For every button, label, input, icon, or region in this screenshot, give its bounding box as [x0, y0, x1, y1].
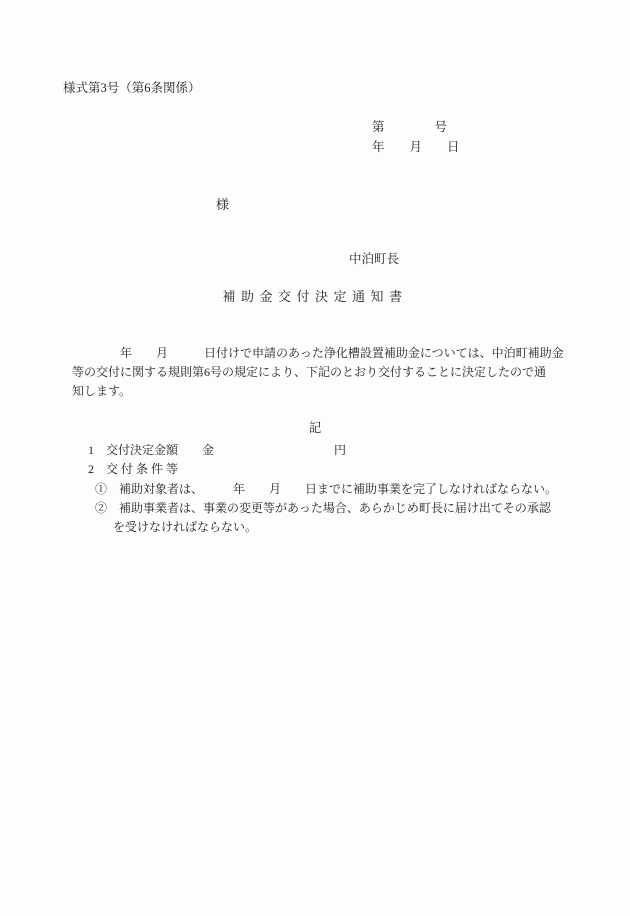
recipient-honorific: 様 — [216, 197, 229, 213]
body-paragraph-line-2: 等の交付に関する規則第6号の規定により、下記のとおり交付することに決定したので通 — [72, 365, 546, 380]
document-title: 補助金交付決定通知書 — [0, 289, 630, 305]
note-heading: 記 — [0, 421, 630, 437]
body-paragraph-line-3: 知します。 — [72, 384, 131, 399]
form-style-label: 様式第3号（第6条関係） — [63, 81, 201, 97]
condition-1: ① 補助対象者は、 年 月 日までに補助事業を完了しなければならない。 — [95, 482, 557, 497]
list-item-grant-conditions: 2 交 付 条 件 等 — [88, 462, 178, 477]
sender-title: 中泊町長 — [349, 252, 399, 268]
issue-date-blank: 年 月 日 — [372, 140, 460, 156]
condition-2-line-1: ② 補助事業者は、事業の変更等があった場合、あらかじめ町長に届け出てその承認 — [95, 501, 551, 516]
list-item-grant-amount: 1 交付決定金額 金 円 — [88, 443, 346, 458]
condition-2-line-2: を受けなければならない。 — [113, 520, 257, 535]
body-paragraph-line-1: 年 月 日付けで申請のあった浄化槽設置補助金については、中泊町補助金 — [72, 346, 564, 361]
document-page: 様式第3号（第6条関係） 第 号 年 月 日 様 中泊町長 補助金交付決定通知書… — [0, 0, 630, 916]
document-number-blank: 第 号 — [372, 120, 447, 136]
